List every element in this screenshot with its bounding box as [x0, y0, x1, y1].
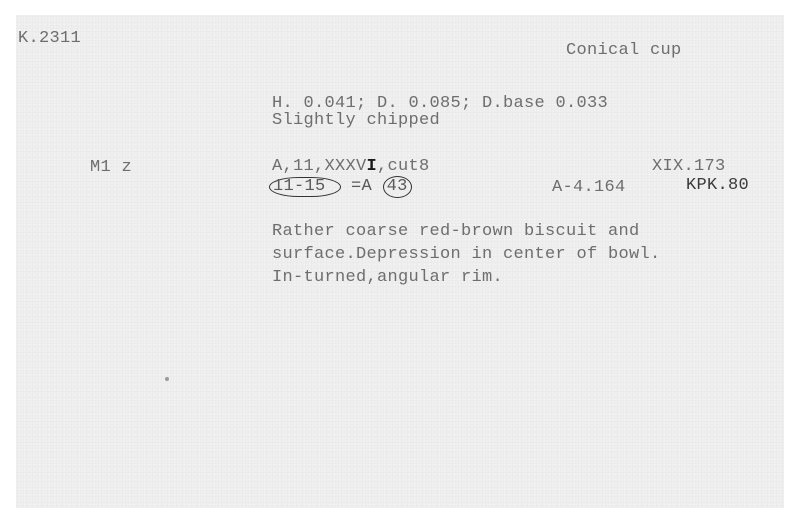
handwritten-mark: I: [367, 157, 378, 176]
context-line-2: 11-15 =A 43: [272, 176, 412, 198]
circled-range: 11-15: [269, 177, 341, 197]
catalog-number: K.2311: [18, 29, 81, 49]
condition: Slightly chipped: [272, 111, 440, 131]
circled-number: 43: [383, 176, 412, 198]
paper-speck: [165, 377, 169, 381]
reference-right-top: XIX.173: [652, 157, 726, 177]
description-line-3: In-turned,angular rim.: [272, 268, 503, 288]
context-prefix: A,11,XXXV: [272, 157, 367, 176]
description-line-1: Rather coarse red-brown biscuit and: [272, 222, 640, 242]
location-code: M1 z: [90, 158, 132, 178]
reference-middle: A-4.164: [552, 178, 626, 198]
context-suffix: ,cut8: [377, 157, 430, 176]
reference-right-bottom: KPK.80: [686, 176, 749, 196]
description-line-2: surface.Depression in center of bowl.: [272, 245, 661, 265]
object-type: Conical cup: [566, 41, 682, 61]
equals-code: =A: [351, 177, 372, 196]
context-line-1: A,11,XXXVI,cut8: [272, 157, 430, 177]
